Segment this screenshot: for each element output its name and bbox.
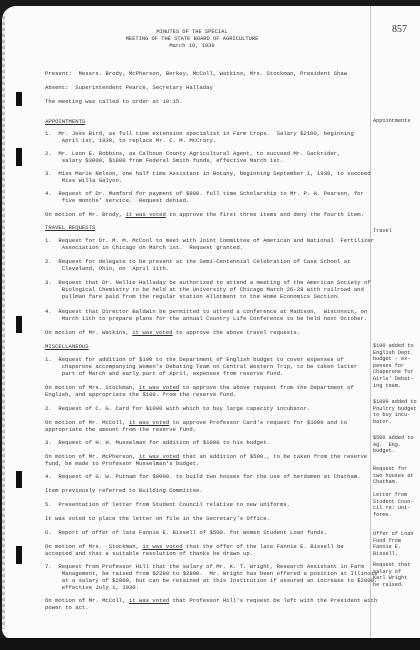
margin-note-letter: Letter from Student Coun- cil re: uni- f…	[373, 492, 413, 518]
page-number: 857	[392, 24, 407, 35]
binding-edge	[2, 16, 5, 629]
margin-note-houses: Request for two houses at Chatham.	[373, 466, 413, 486]
present-line: Present: Messrs. Brody, McPherson, Berke…	[45, 70, 347, 77]
misc-item-4-note: Item previously referred to Building Com…	[45, 487, 203, 494]
section-appointments: APPOINTMENTS	[45, 118, 85, 125]
travel-item-1: 1. Request for Dr. M. M. McCool to meet …	[45, 237, 374, 251]
appointment-item-1: 1. Mr. Jess Bird, as full time extension…	[45, 130, 354, 144]
travel-item-2: 2. Request for delegate to be present at…	[45, 258, 350, 272]
absent-line: Absent: Superintendent Pearce, Secretary…	[45, 84, 213, 91]
appointment-item-3: 3. Miss Marie Nelson, one half time Assi…	[45, 170, 371, 184]
section-miscellaneous: MISCELLANEOUS	[45, 343, 89, 350]
scan-border	[0, 638, 420, 650]
tab-marker	[16, 546, 22, 564]
document-page: 857 MINUTES OF THE SPECIAL MEETING OF TH…	[2, 6, 420, 639]
travel-item-4: 4. Request that Director Baldwin be perm…	[45, 308, 367, 322]
misc-motion-3: On motion of Mr. McPherson, it was voted…	[45, 453, 367, 467]
margin-note-poultry: $1000 added to Poultry budget to buy inc…	[373, 399, 417, 425]
margin-note-travel: Travel	[373, 228, 392, 235]
margin-note-english: $100 added to English Dept. budget - ex-…	[373, 343, 413, 389]
appointment-item-4: 4. Request of Dr. Mumford for payment of…	[45, 190, 364, 204]
misc-item-6: 6. Report of offer of late Fannie E. Bis…	[45, 529, 327, 536]
margin-note-wright: Request that salary of Karl Wright be ra…	[373, 562, 410, 588]
misc-motion-7: On motion of Mr. McColl, it was voted th…	[45, 597, 377, 611]
misc-item-3: 3. Request of H. H. Musselman for additi…	[45, 439, 270, 446]
misc-motion-2: On motion of Mr. McColl, it was voted to…	[45, 419, 347, 433]
misc-item-4: 4. Request of G. W. Putnam for $9000. to…	[45, 473, 361, 480]
tab-marker	[16, 92, 22, 106]
margin-note-loan: Offer of Loan Fund from Fannie E. Bissel…	[373, 531, 413, 557]
misc-item-1: 1. Request for addition of $100 to the D…	[45, 356, 357, 377]
misc-motion-6: On motion of Mrs. Stockman, it was voted…	[45, 543, 344, 557]
appointments-motion: On motion of Mr. Brody, it was voted to …	[45, 211, 364, 218]
travel-item-3: 3. Request that Dr. Nellie Halladay be a…	[45, 279, 371, 300]
misc-item-5: 5. Presentation of letter from Student C…	[45, 501, 290, 508]
misc-item-5-note: It was voted to place the letter on file…	[45, 515, 270, 522]
travel-motion: On motion of Mr. Watkins, it was voted t…	[45, 329, 300, 336]
meeting-date: March 10, 1930	[102, 43, 282, 50]
margin-rule	[370, 6, 371, 639]
margin-note-ageng: $500 added to Ag. Eng. budget.	[373, 435, 413, 455]
misc-motion-1: On motion of Mrs. Stockman, it was voted…	[45, 384, 354, 398]
appointment-item-2: 2. Mr. Leon E. Robbins, as Calhoun Count…	[45, 150, 340, 164]
call-to-order: The meeting was called to order at 10:15…	[45, 98, 183, 105]
tab-marker	[16, 471, 22, 488]
misc-item-7: 7. Request from Professor Hill that the …	[45, 563, 377, 591]
tab-marker	[16, 148, 22, 166]
section-travel: TRAVEL REQUESTS	[45, 224, 95, 231]
margin-note-appointments: Appointments	[373, 118, 410, 125]
title-line-2: MEETING OF THE STATE BOARD OF AGRICULTUR…	[102, 36, 282, 43]
misc-item-2: 2. Request of C. G. Card for $1000 with …	[45, 405, 310, 412]
title-line-1: MINUTES OF THE SPECIAL	[102, 29, 282, 36]
tab-marker	[16, 316, 22, 333]
